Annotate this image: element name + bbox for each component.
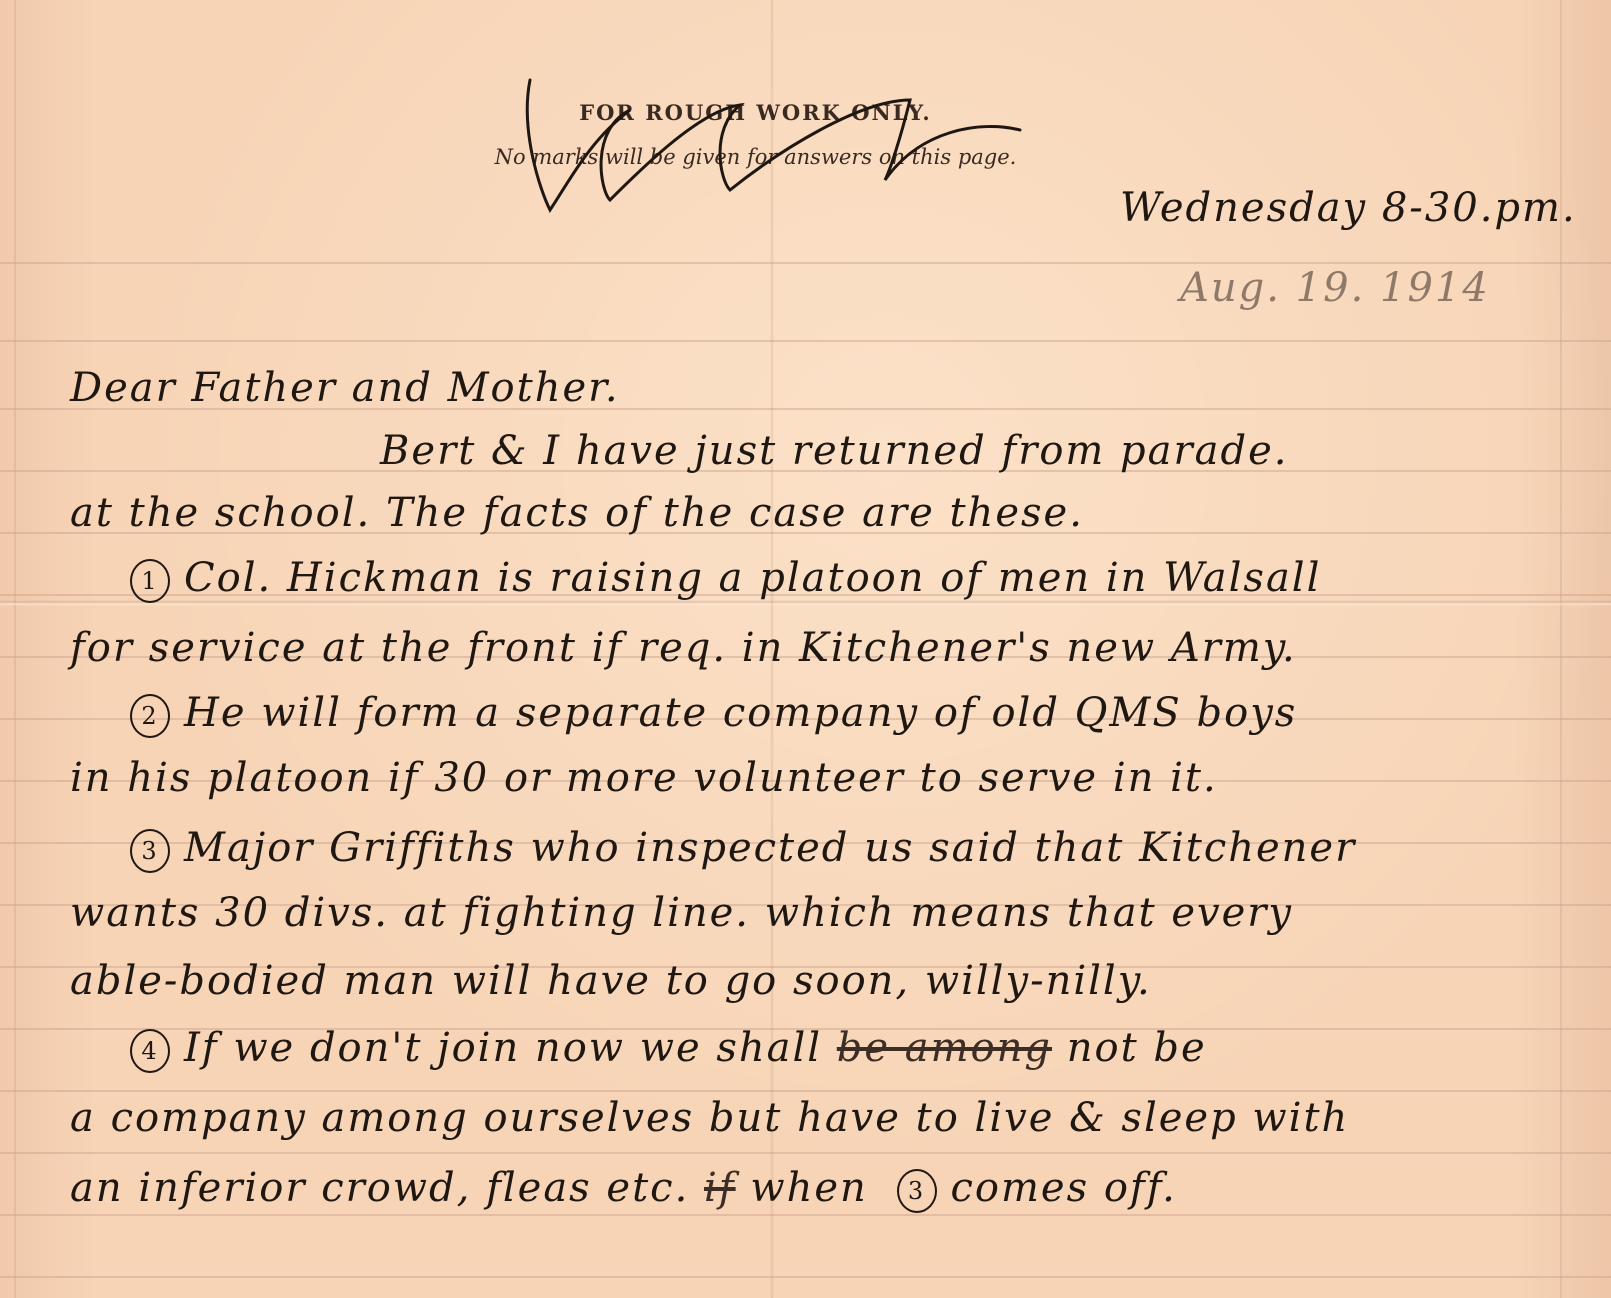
point-number: 1 [130,559,170,603]
letter-line: able-bodied man will have to go soon, wi… [70,958,1152,1004]
letter-point-4: 4If we don't join now we shall be among … [130,1025,1207,1073]
ruled-line [0,262,1611,264]
letter-point-2: 2He will form a separate company of old … [130,690,1297,738]
letter-line: Major Griffiths who inspected us said th… [184,825,1356,871]
letter-line: Bert & I have just returned from parade. [380,428,1288,474]
ruled-line [0,1152,1611,1154]
letter-line: an inferior crowd, fleas etc. [70,1165,689,1211]
struck-text: be among [837,1025,1052,1071]
dateline-day: Wednesday 8-30.pm. [1120,185,1577,231]
letter-text: when [750,1165,867,1211]
ruled-line [0,340,1611,342]
margin-line [14,0,16,1298]
letter-last-line: an inferior crowd, fleas etc. if when 3c… [70,1165,1177,1213]
letter-text: not be [1067,1025,1207,1071]
letter-page: FOR ROUGH WORK ONLY. No marks will be gi… [0,0,1611,1298]
letter-line: at the school. The facts of the case are… [70,490,1084,536]
letter-point-1: 1Col. Hickman is raising a platoon of me… [130,555,1321,603]
circled-reference: 3 [897,1169,937,1213]
salutation: Dear Father and Mother. [70,365,620,411]
letter-line: in his platoon if 30 or more volunteer t… [70,755,1218,801]
letter-point-3: 3Major Griffiths who inspected us said t… [130,825,1356,873]
dateline-date: Aug. 19. 1914 [1180,265,1490,311]
scribble-mark-icon [480,70,1040,220]
letter-line: He will form a separate company of old Q… [184,690,1297,736]
letter-line: Col. Hickman is raising a platoon of men… [184,555,1321,601]
letter-line: a company among ourselves but have to li… [70,1095,1349,1141]
letter-text: comes off. [951,1165,1177,1211]
struck-text: if [704,1165,736,1211]
point-number: 2 [130,694,170,738]
point-number: 3 [130,829,170,873]
letter-line: If we don't join now we shall [184,1025,822,1071]
ruled-line [0,1276,1611,1278]
letter-line: wants 30 divs. at fighting line. which m… [70,890,1293,936]
point-number: 4 [130,1029,170,1073]
ruled-line [0,1090,1611,1092]
ruled-line [0,1214,1611,1216]
letter-line: for service at the front if req. in Kitc… [70,625,1297,671]
